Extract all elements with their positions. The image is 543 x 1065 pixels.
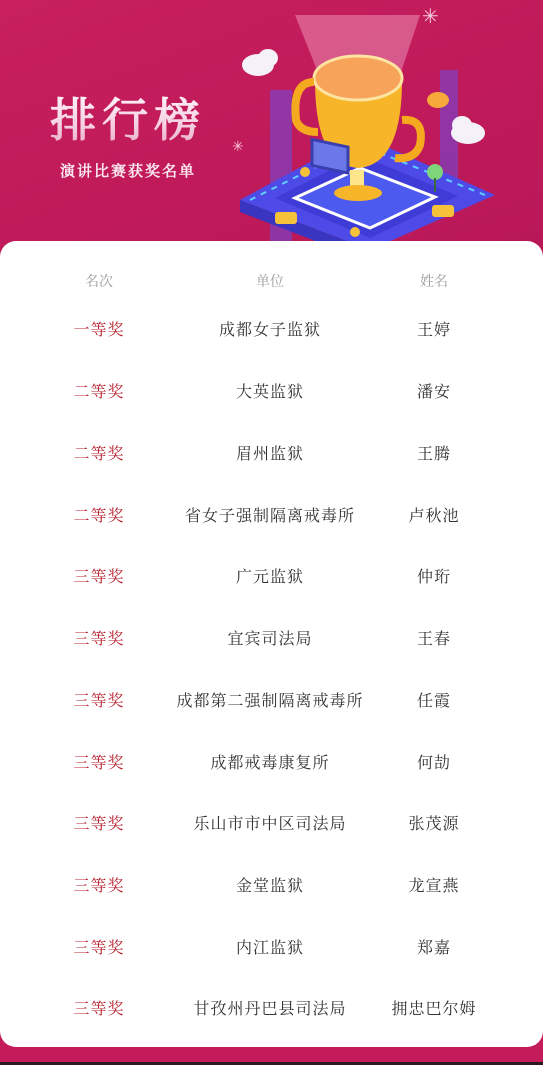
name-cell: 拥忠巴尔姆 (391, 994, 476, 1024)
rank-cell: 三等奖 (73, 871, 124, 901)
table-row: 三等奖 宜宾司法局 王春 (0, 624, 543, 654)
unit-cell: 乐山市市中区司法局 (193, 809, 346, 839)
rank-cell: 二等奖 (73, 377, 124, 407)
table-row: 三等奖 内江监狱 郑嘉 (0, 933, 543, 963)
unit-cell: 广元监狱 (236, 562, 304, 592)
rank-cell: 二等奖 (73, 439, 124, 469)
unit-cell: 省女子强制隔离戒毒所 (185, 501, 355, 531)
rank-cell: 三等奖 (73, 933, 124, 963)
rank-cell: 三等奖 (73, 686, 124, 716)
name-cell: 何劼 (417, 748, 451, 778)
name-cell: 王腾 (417, 439, 451, 469)
page-subtitle: 演讲比赛获奖名单 (60, 160, 196, 181)
column-header-name: 姓名 (420, 267, 448, 297)
column-header-unit: 单位 (256, 267, 284, 297)
trophy-illustration (230, 0, 543, 250)
unit-cell: 大英监狱 (236, 377, 304, 407)
rank-cell: 三等奖 (73, 809, 124, 839)
unit-cell: 成都第二强制隔离戒毒所 (176, 686, 363, 716)
rank-cell: 三等奖 (73, 994, 124, 1024)
table-row: 三等奖 乐山市市中区司法局 张茂源 (0, 809, 543, 839)
ranking-card: 名次 单位 姓名 一等奖 成都女子监狱 王婷 二等奖 大英监狱 潘安 二等奖 眉… (0, 241, 543, 1047)
name-cell: 王婷 (417, 315, 451, 345)
page-title: 排行榜 (50, 84, 206, 150)
unit-cell: 成都女子监狱 (219, 315, 321, 345)
table-row: 二等奖 眉州监狱 王腾 (0, 439, 543, 469)
rank-cell: 三等奖 (73, 624, 124, 654)
rank-cell: 一等奖 (73, 315, 124, 345)
name-cell: 仲珩 (417, 562, 451, 592)
unit-cell: 眉州监狱 (236, 439, 304, 469)
unit-cell: 金堂监狱 (236, 871, 304, 901)
name-cell: 潘安 (417, 377, 451, 407)
unit-cell: 宜宾司法局 (227, 624, 312, 654)
column-header-rank: 名次 (85, 267, 113, 297)
name-cell: 龙宣燕 (408, 871, 459, 901)
unit-cell: 甘孜州丹巴县司法局 (193, 994, 346, 1024)
rank-cell: 三等奖 (73, 562, 124, 592)
table-row: 二等奖 大英监狱 潘安 (0, 377, 543, 407)
name-cell: 郑嘉 (417, 933, 451, 963)
name-cell: 王春 (417, 624, 451, 654)
table-header: 名次 单位 姓名 (0, 267, 543, 297)
unit-cell: 成都戒毒康复所 (210, 748, 329, 778)
table-row: 三等奖 成都戒毒康复所 何劼 (0, 748, 543, 778)
table-row: 一等奖 成都女子监狱 王婷 (0, 315, 543, 345)
unit-cell: 内江监狱 (236, 933, 304, 963)
rank-cell: 二等奖 (73, 501, 124, 531)
hero-banner: 排行榜 演讲比赛获奖名单 ✳ ✳ (0, 0, 543, 260)
name-cell: 任霞 (417, 686, 451, 716)
table-row: 二等奖 省女子强制隔离戒毒所 卢秋池 (0, 501, 543, 531)
table-row: 三等奖 金堂监狱 龙宣燕 (0, 871, 543, 901)
name-cell: 卢秋池 (408, 501, 459, 531)
table-row: 三等奖 甘孜州丹巴县司法局 拥忠巴尔姆 (0, 994, 543, 1024)
name-cell: 张茂源 (408, 809, 459, 839)
table-row: 三等奖 广元监狱 仲珩 (0, 562, 543, 592)
rank-cell: 三等奖 (73, 748, 124, 778)
table-row: 三等奖 成都第二强制隔离戒毒所 任霞 (0, 686, 543, 716)
